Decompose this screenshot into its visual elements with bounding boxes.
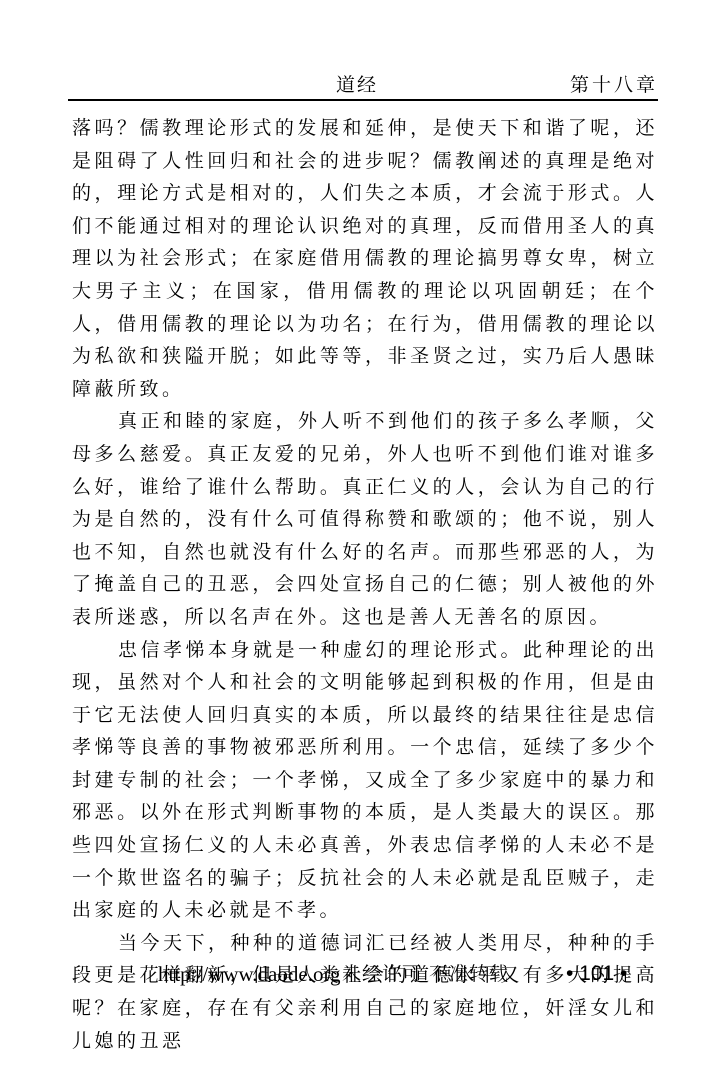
paragraph: 真正和睦的家庭，外人听不到他们的孩子多么孝顺，父母多么慈爱。真正友爱的兄弟，外人…: [72, 405, 658, 633]
chapter-title: 第十八章: [570, 74, 658, 96]
page-number: • 101 •: [566, 960, 627, 988]
header-divider: [68, 99, 658, 101]
paragraph-continued: 落吗？儒教理论形式的发展和延伸，是使天下和谐了呢，还是阻碍了人性回归和社会的进步…: [72, 112, 658, 405]
copyright-notice: 未经许可 不准转载: [342, 960, 509, 988]
book-title: 道经: [336, 74, 378, 96]
paragraph: 当今天下，种种的道德词汇已经被人类用尽，种种的手段更是花样翻新，但是人类社会的道…: [72, 927, 658, 1057]
body-text: 落吗？儒教理论形式的发展和延伸，是使天下和谐了呢，还是阻碍了人性回归和社会的进步…: [72, 112, 658, 1057]
footer-url: http://www.daode.org: [158, 960, 341, 988]
paragraph: 忠信孝悌本身就是一种虚幻的理论形式。此种理论的出现，虽然对个人和社会的文明能够起…: [72, 634, 658, 927]
page-header: 道经 第十八章: [68, 70, 658, 100]
page-footer: http://www.daode.org 未经许可 不准转载 • 101 •: [158, 960, 658, 988]
